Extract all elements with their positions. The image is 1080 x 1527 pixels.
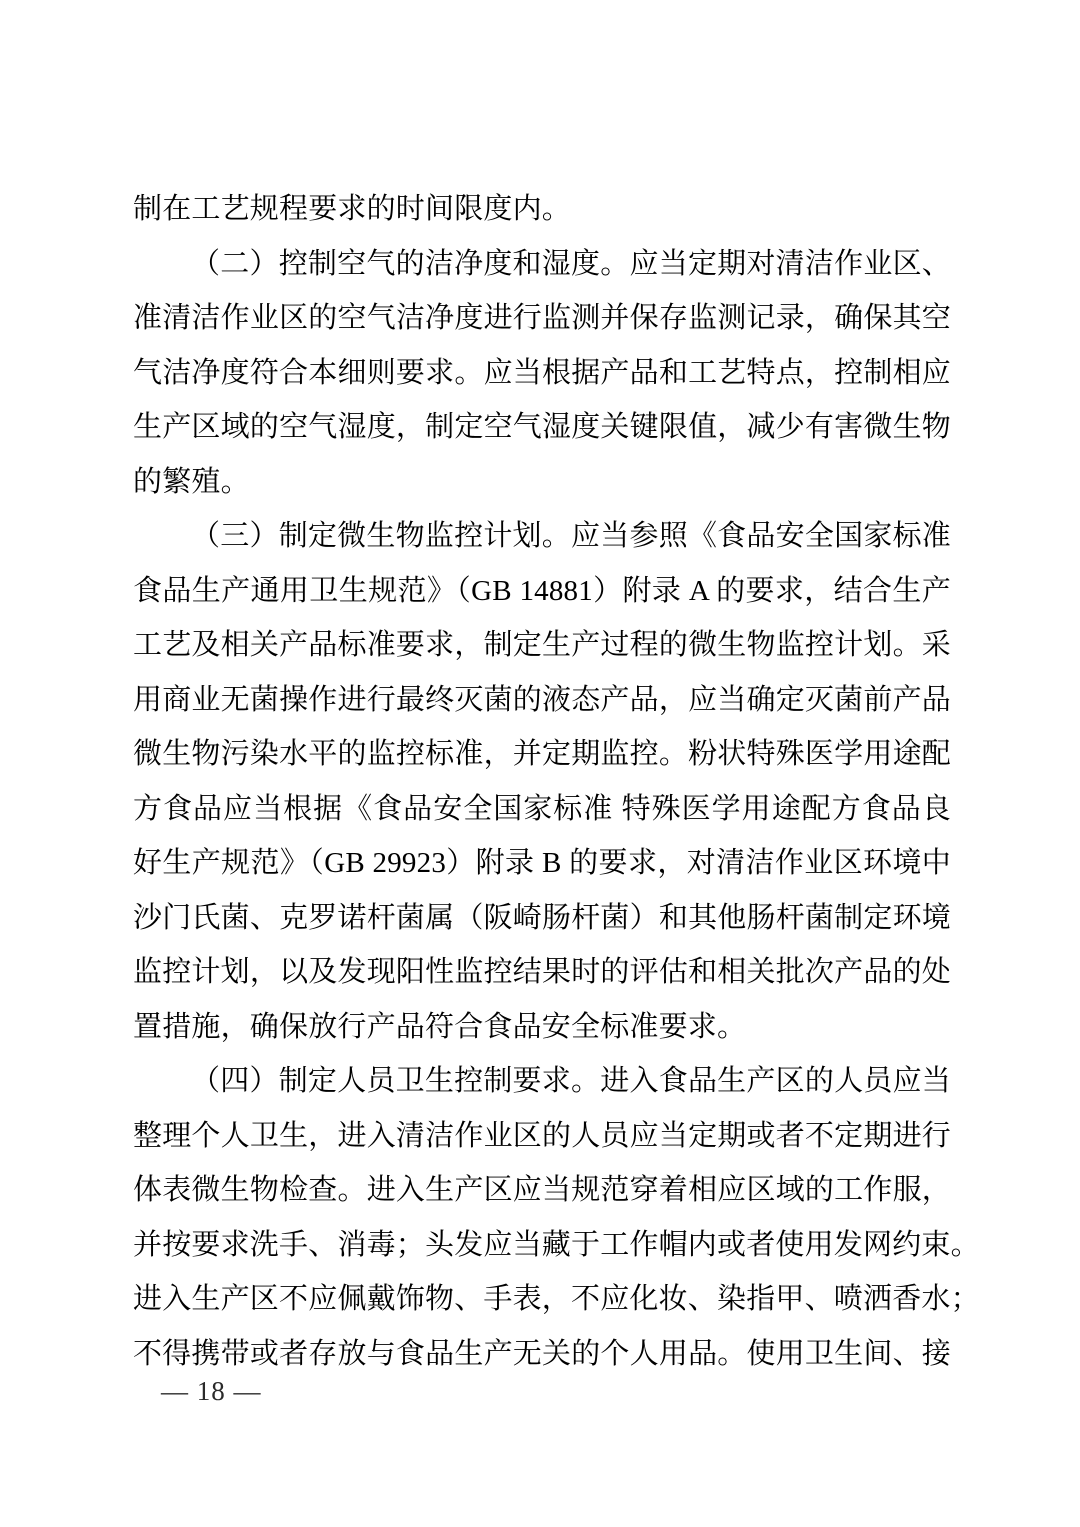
text-line: 监控计划，以及发现阳性监控结果时的评估和相关批次产品的处 — [133, 945, 951, 1000]
text-line: 不得携带或者存放与食品生产无关的个人用品。使用卫生间、接 — [133, 1327, 951, 1382]
text-line: 工艺及相关产品标准要求，制定生产过程的微生物监控计划。采 — [133, 618, 951, 673]
text-line: 并按要求洗手、消毒；头发应当藏于工作帽内或者使用发网约束。 — [133, 1218, 951, 1273]
text-line: 沙门氏菌、克罗诺杆菌属（阪崎肠杆菌）和其他肠杆菌制定环境 — [133, 891, 951, 946]
text-line: 微生物污染水平的监控标准，并定期监控。粉状特殊医学用途配 — [133, 727, 951, 782]
text-line: 气洁净度符合本细则要求。应当根据产品和工艺特点，控制相应 — [133, 346, 951, 401]
text-line: 好生产规范》（GB 29923）附录 B 的要求，对清洁作业区环境中 — [133, 836, 951, 891]
text-line: （四）制定人员卫生控制要求。进入食品生产区的人员应当 — [133, 1054, 951, 1109]
text-line: 整理个人卫生，进入清洁作业区的人员应当定期或者不定期进行 — [133, 1109, 951, 1164]
text-line: 食品生产通用卫生规范》（GB 14881）附录 A 的要求，结合生产 — [133, 564, 951, 619]
text-line: （二）控制空气的洁净度和湿度。应当定期对清洁作业区、 — [133, 237, 951, 292]
document-page: 制在工艺规程要求的时间限度内。（二）控制空气的洁净度和湿度。应当定期对清洁作业区… — [0, 0, 1080, 1527]
page-number: — 18 — — [161, 1376, 262, 1406]
text-line: 准清洁作业区的空气洁净度进行监测并保存监测记录，确保其空 — [133, 291, 951, 346]
text-line: 制在工艺规程要求的时间限度内。 — [133, 182, 951, 237]
text-line: 置措施，确保放行产品符合食品安全标准要求。 — [133, 1000, 951, 1055]
text-line: 生产区域的空气湿度，制定空气湿度关键限值，减少有害微生物 — [133, 400, 951, 455]
text-line: 的繁殖。 — [133, 455, 951, 510]
text-line: 用商业无菌操作进行最终灭菌的液态产品，应当确定灭菌前产品 — [133, 673, 951, 728]
text-line: （三）制定微生物监控计划。应当参照《食品安全国家标准 — [133, 509, 951, 564]
text-line: 进入生产区不应佩戴饰物、手表，不应化妆、染指甲、喷洒香水； — [133, 1272, 951, 1327]
page-footer: — 18 — — [161, 1376, 262, 1406]
document-body: 制在工艺规程要求的时间限度内。（二）控制空气的洁净度和湿度。应当定期对清洁作业区… — [133, 182, 951, 1381]
text-line: 体表微生物检查。进入生产区应当规范穿着相应区域的工作服， — [133, 1163, 951, 1218]
text-line: 方食品应当根据《食品安全国家标准 特殊医学用途配方食品良 — [133, 782, 951, 837]
